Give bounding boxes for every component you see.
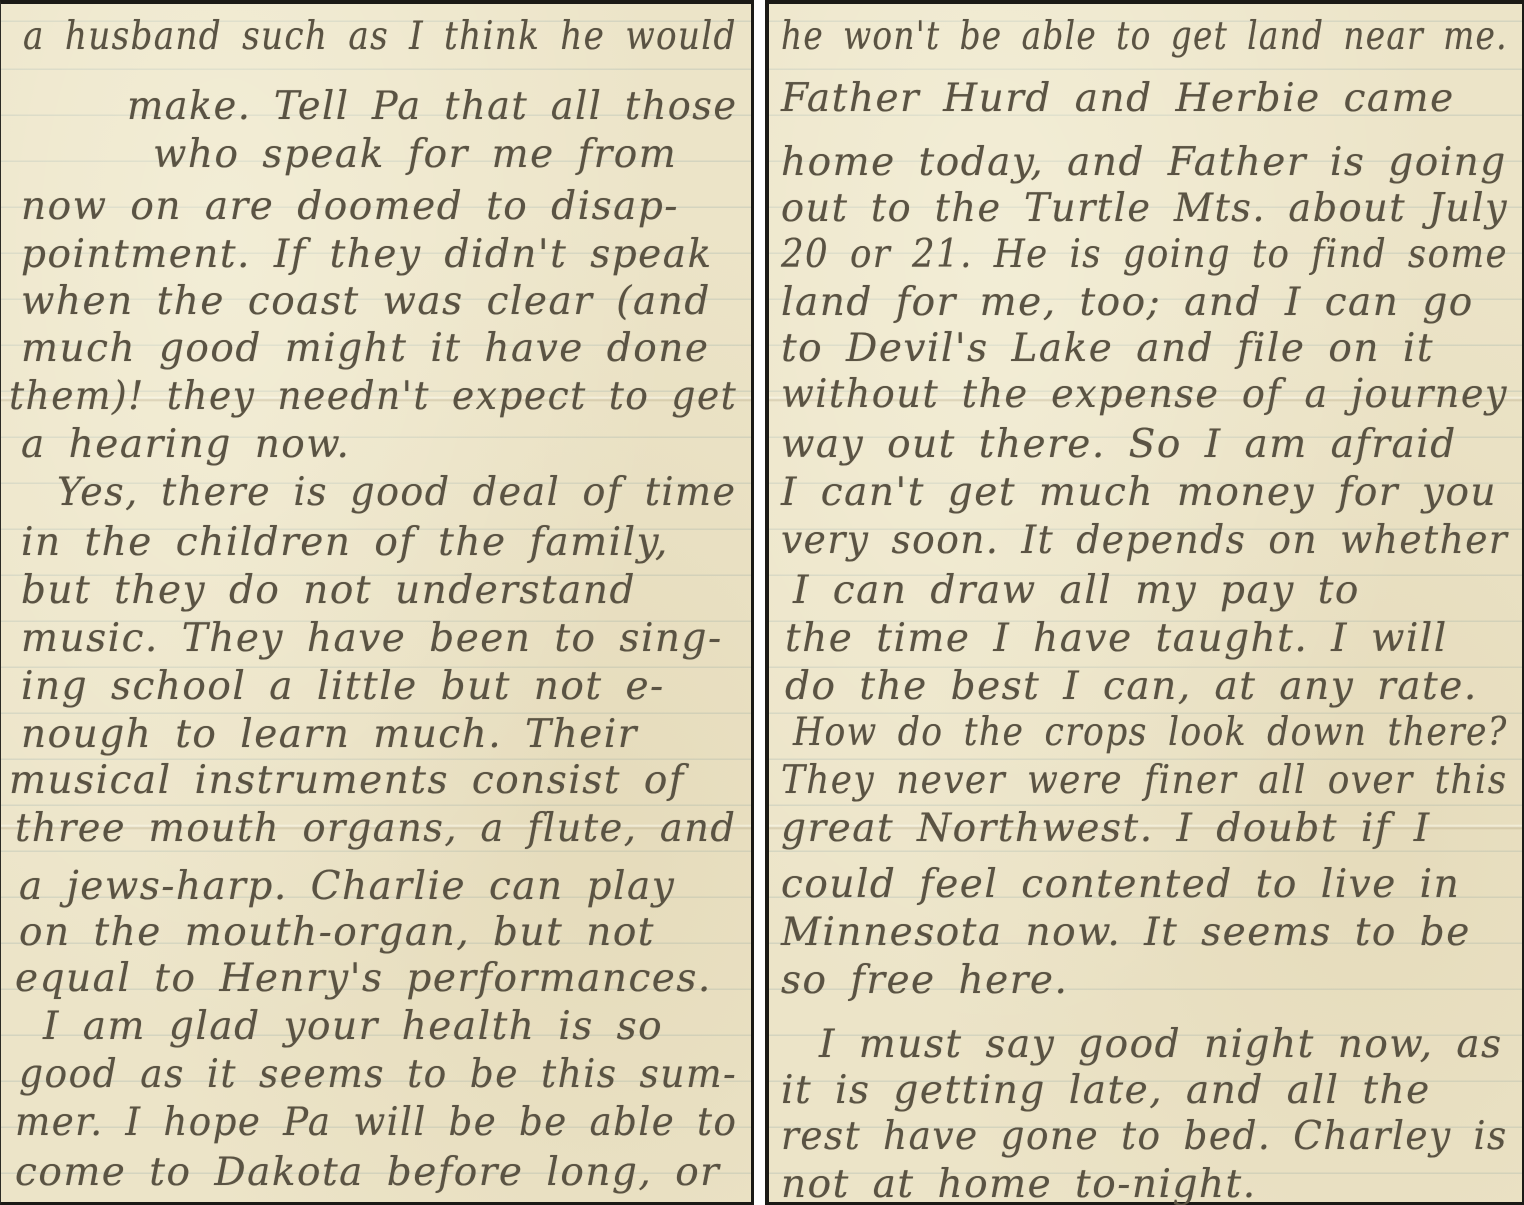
handwritten-line: in the children of the family, bbox=[21, 520, 669, 565]
handwritten-line: on the mouth-organ, but not bbox=[19, 910, 655, 955]
handwritten-line: he won't be able to get land near me. bbox=[781, 14, 1508, 59]
handwritten-line: much good might it have done bbox=[21, 326, 709, 371]
handwritten-line: nough to learn much. Their bbox=[21, 712, 638, 757]
handwritten-line: ing school a little but not e- bbox=[21, 664, 665, 709]
handwritten-line: They never were finer all over this bbox=[781, 758, 1508, 803]
handwritten-line: home today, and Father is going bbox=[781, 140, 1507, 185]
handwritten-line: great Northwest. I doubt if I bbox=[781, 806, 1431, 851]
handwritten-line: now on are doomed to disap- bbox=[21, 184, 679, 229]
page-gutter bbox=[757, 0, 765, 1205]
handwritten-line: How do the crops look down there? bbox=[793, 710, 1508, 755]
handwritten-line: could feel contented to live in bbox=[781, 862, 1460, 907]
handwritten-line: very soon. It depends on whether bbox=[781, 518, 1508, 563]
handwritten-line: make. Tell Pa that all those bbox=[127, 84, 738, 129]
handwritten-line: musical instruments consist of bbox=[9, 758, 685, 803]
handwritten-line: but they do not understand bbox=[21, 568, 636, 613]
letter-page-right: he won't be able to get land near me. Fa… bbox=[765, 0, 1524, 1205]
handwritten-line: mer. I hope Pa will be be able to bbox=[15, 1100, 737, 1145]
handwritten-line: to Devil's Lake and file on it bbox=[781, 326, 1434, 371]
handwritten-line: Minnesota now. It seems to be bbox=[781, 910, 1471, 955]
handwritten-text-block: a husband such as I think he would make.… bbox=[1, 4, 751, 1202]
handwritten-line: a husband such as I think he would bbox=[23, 14, 737, 59]
handwritten-line: I can draw all my pay to bbox=[793, 568, 1360, 613]
handwritten-line: Yes, there is good deal of time bbox=[57, 470, 736, 515]
handwritten-text-block: he won't be able to get land near me. Fa… bbox=[769, 4, 1522, 1202]
handwritten-line: Father Hurd and Herbie came bbox=[781, 76, 1455, 121]
handwritten-line: when the coast was clear (and bbox=[21, 279, 711, 324]
handwritten-line: way out there. So I am afraid bbox=[781, 422, 1457, 467]
handwritten-line: who speak for me from bbox=[153, 132, 677, 177]
handwritten-line: so free here. bbox=[781, 958, 1068, 1003]
handwritten-line: equal to Henry's performances. bbox=[15, 956, 712, 1001]
handwritten-line: I must say good night now, as bbox=[819, 1022, 1503, 1067]
handwritten-line: them)! they needn't expect to get bbox=[9, 374, 737, 419]
handwritten-line: rest have gone to bed. Charley is bbox=[781, 1114, 1508, 1159]
handwritten-line: three mouth organs, a flute, and bbox=[15, 806, 736, 851]
handwritten-line: land for me, too; and I can go bbox=[781, 280, 1474, 325]
letter-page-left: a husband such as I think he would make.… bbox=[0, 0, 754, 1205]
handwritten-line: a jews-harp. Charlie can play bbox=[19, 864, 675, 909]
handwritten-line: do the best I can, at any rate. bbox=[785, 664, 1478, 709]
handwritten-line: music. They have been to sing- bbox=[21, 616, 723, 661]
handwritten-line: 20 or 21. He is going to find some bbox=[781, 232, 1508, 277]
handwritten-line: a hearing now. bbox=[21, 422, 350, 467]
handwritten-line: not at home to-night. bbox=[781, 1162, 1257, 1205]
handwritten-line: without the expense of a journey bbox=[781, 372, 1508, 417]
handwritten-line: out to the Turtle Mts. about July bbox=[781, 186, 1508, 231]
handwritten-line: good as it seems to be this sum- bbox=[19, 1052, 737, 1097]
handwritten-line: pointment. If they didn't speak bbox=[21, 232, 713, 277]
handwritten-line: I can't get much money for you bbox=[781, 470, 1497, 515]
handwritten-line: it is getting late, and all the bbox=[781, 1068, 1431, 1113]
handwritten-line: the time I have taught. I will bbox=[785, 616, 1448, 661]
handwritten-line: come to Dakota before long, or bbox=[15, 1150, 720, 1195]
handwritten-line: I am glad your health is so bbox=[43, 1004, 663, 1049]
